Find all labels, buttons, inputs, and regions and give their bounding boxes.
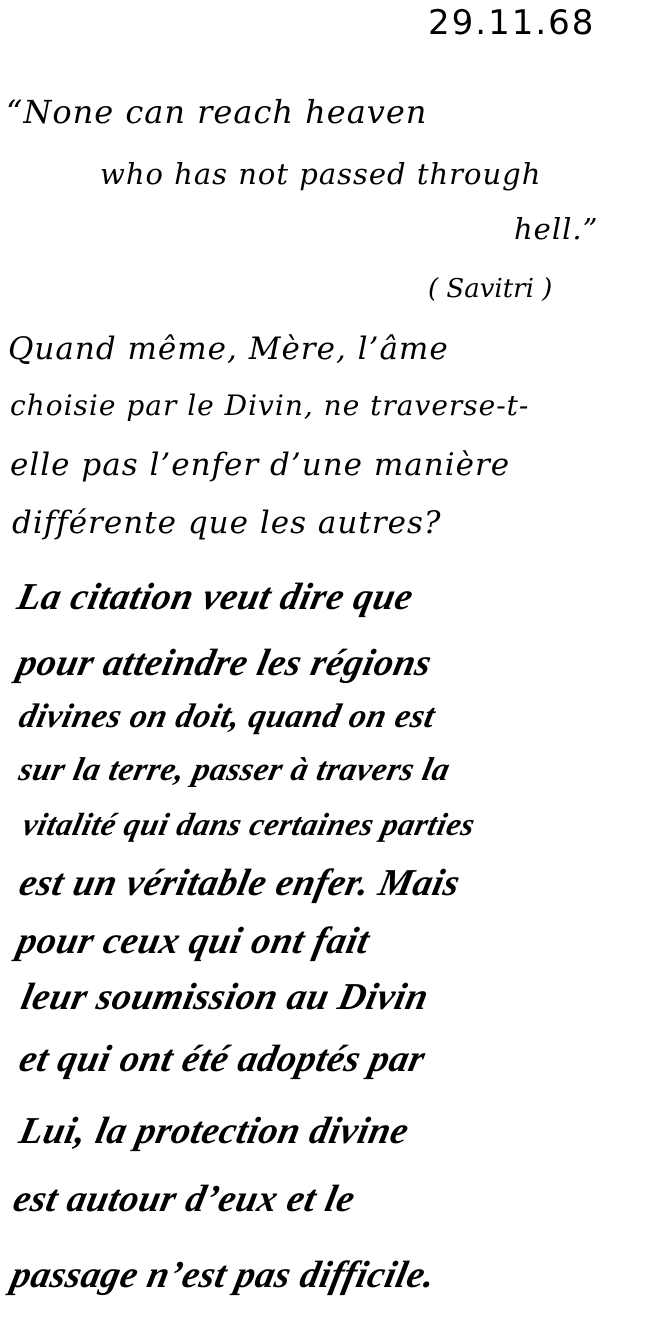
question-line: différente que les autres? [12,508,441,539]
quote-line: hell.” [514,215,598,244]
answer-line: divines on doit, quand on est [16,700,438,734]
answer-line: leur soumission au Divin [18,978,432,1016]
answer-line: pour ceux qui ont fait [14,922,373,960]
quote-line: who has not passed through [100,160,541,189]
answer-line: passage n’est pas difficile. [8,1256,439,1294]
answer-line: et qui ont été adoptés par [16,1040,429,1078]
answer-line: vitalité qui dans certaines parties [20,808,478,840]
quote-source: ( Savitri ) [428,276,552,302]
question-line: Quand même, Mère, l’âme [8,334,449,365]
question-line: elle pas l’enfer d’une manière [10,450,510,481]
question-line: choisie par le Divin, ne traverse-t- [10,392,529,420]
answer-line: Lui, la protection divine [16,1112,412,1150]
answer-line: sur la terre, passer à travers la [16,754,453,787]
quote-line: “None can reach heaven [6,96,427,128]
answer-line: pour atteindre les régions [14,644,435,682]
answer-line: est autour d’eux et le [10,1180,358,1218]
answer-line: La citation veut dire que [14,578,417,616]
date: 29.11.68 [428,6,595,40]
answer-line: est un véritable enfer. Mais [16,864,463,902]
